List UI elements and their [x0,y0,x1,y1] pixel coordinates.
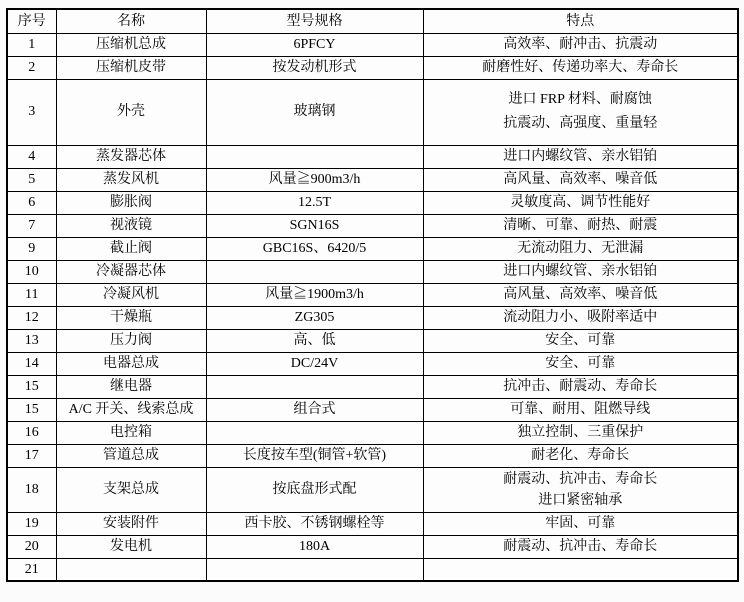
cell-model-spec [206,260,423,283]
cell-serial-number: 11 [7,283,56,306]
cell-part-name: 冷凝风机 [56,283,206,306]
cell-features: 耐震动、抗冲击、寿命长 [423,535,738,558]
cell-part-name [56,558,206,581]
cell-serial-number: 4 [7,145,56,168]
column-header-no: 序号 [7,9,56,33]
table-row: 3 外壳 玻璃钢 进口 FRP 材料、耐腐蚀 抗震动、高强度、重量轻 [7,79,738,145]
table-row: 1 压缩机总成 6PFCY 高效率、耐冲击、抗震动 [7,33,738,56]
cell-part-name: 安装附件 [56,512,206,535]
cell-model-spec: 风量≧1900m3/h [206,283,423,306]
cell-features: 独立控制、三重保护 [423,421,738,444]
column-header-model: 型号规格 [206,9,423,33]
cell-features [423,558,738,581]
cell-serial-number: 17 [7,444,56,467]
cell-serial-number: 2 [7,56,56,79]
cell-serial-number: 6 [7,191,56,214]
cell-part-name: 电控箱 [56,421,206,444]
cell-features: 耐震动、抗冲击、寿命长 进口紧密轴承 [423,467,738,512]
cell-model-spec: 组合式 [206,398,423,421]
cell-features: 可靠、耐用、阻燃导线 [423,398,738,421]
cell-part-name: 继电器 [56,375,206,398]
cell-model-spec: 按发动机形式 [206,56,423,79]
cell-features: 进口内螺纹管、亲水铝铂 [423,260,738,283]
table-row: 4 蒸发器芯体 进口内螺纹管、亲水铝铂 [7,145,738,168]
table-row: 2 压缩机皮带 按发动机形式 耐磨性好、传递功率大、寿命长 [7,56,738,79]
cell-part-name: 电器总成 [56,352,206,375]
cell-model-spec [206,421,423,444]
cell-features: 高风量、高效率、噪音低 [423,168,738,191]
cell-features: 高效率、耐冲击、抗震动 [423,33,738,56]
cell-part-name: 冷凝器芯体 [56,260,206,283]
table-row: 12 干燥瓶 ZG305 流动阻力小、吸附率适中 [7,306,738,329]
cell-serial-number: 3 [7,79,56,145]
cell-serial-number: 16 [7,421,56,444]
cell-part-name: 压缩机皮带 [56,56,206,79]
cell-part-name: 压缩机总成 [56,33,206,56]
cell-features: 流动阻力小、吸附率适中 [423,306,738,329]
table-row: 14 电器总成 DC/24V 安全、可靠 [7,352,738,375]
cell-serial-number: 5 [7,168,56,191]
cell-features: 进口 FRP 材料、耐腐蚀 抗震动、高强度、重量轻 [423,79,738,145]
cell-model-spec: 风量≧900m3/h [206,168,423,191]
cell-serial-number: 7 [7,214,56,237]
parts-table: 序号 名称 型号规格 特点 1 压缩机总成 6PFCY 高效率、耐冲击、抗震动 … [6,8,739,582]
table-row: 5 蒸发风机 风量≧900m3/h 高风量、高效率、噪音低 [7,168,738,191]
header-row: 序号 名称 型号规格 特点 [7,9,738,33]
cell-features: 无流动阻力、无泄漏 [423,237,738,260]
table-row: 11 冷凝风机 风量≧1900m3/h 高风量、高效率、噪音低 [7,283,738,306]
cell-part-name: 蒸发风机 [56,168,206,191]
cell-model-spec: SGN16S [206,214,423,237]
table-row: 9 截止阀 GBC16S、6420/5 无流动阻力、无泄漏 [7,237,738,260]
table-row: 17 管道总成 长度按车型(铜管+软管) 耐老化、寿命长 [7,444,738,467]
table-row: 6 膨胀阀 12.5T 灵敏度高、调节性能好 [7,191,738,214]
cell-model-spec: 180A [206,535,423,558]
cell-part-name: 干燥瓶 [56,306,206,329]
cell-model-spec: 6PFCY [206,33,423,56]
cell-features: 高风量、高效率、噪音低 [423,283,738,306]
cell-part-name: 视液镜 [56,214,206,237]
cell-part-name: 管道总成 [56,444,206,467]
table-row: 18 支架总成 按底盘形式配 耐震动、抗冲击、寿命长 进口紧密轴承 [7,467,738,512]
column-header-name: 名称 [56,9,206,33]
cell-model-spec [206,558,423,581]
cell-part-name: A/C 开关、线索总成 [56,398,206,421]
table-row: 15 继电器 抗冲击、耐震动、寿命长 [7,375,738,398]
table-row: 20 发电机 180A 耐震动、抗冲击、寿命长 [7,535,738,558]
cell-model-spec: GBC16S、6420/5 [206,237,423,260]
cell-serial-number: 20 [7,535,56,558]
cell-serial-number: 18 [7,467,56,512]
cell-model-spec: 高、低 [206,329,423,352]
cell-model-spec [206,375,423,398]
cell-features: 抗冲击、耐震动、寿命长 [423,375,738,398]
cell-serial-number: 9 [7,237,56,260]
cell-model-spec: 长度按车型(铜管+软管) [206,444,423,467]
cell-part-name: 膨胀阀 [56,191,206,214]
cell-part-name: 蒸发器芯体 [56,145,206,168]
cell-features: 安全、可靠 [423,329,738,352]
cell-part-name: 压力阀 [56,329,206,352]
cell-model-spec: DC/24V [206,352,423,375]
cell-serial-number: 15 [7,375,56,398]
cell-features: 耐磨性好、传递功率大、寿命长 [423,56,738,79]
cell-features: 牢固、可靠 [423,512,738,535]
cell-part-name: 发电机 [56,535,206,558]
cell-features: 进口内螺纹管、亲水铝铂 [423,145,738,168]
cell-model-spec: 西卡胶、不锈钢螺栓等 [206,512,423,535]
cell-serial-number: 13 [7,329,56,352]
cell-serial-number: 19 [7,512,56,535]
table-row: 7 视液镜 SGN16S 清晰、可靠、耐热、耐震 [7,214,738,237]
cell-serial-number: 1 [7,33,56,56]
cell-features: 耐老化、寿命长 [423,444,738,467]
cell-serial-number: 14 [7,352,56,375]
page: 序号 名称 型号规格 特点 1 压缩机总成 6PFCY 高效率、耐冲击、抗震动 … [0,0,744,602]
table-row: 10 冷凝器芯体 进口内螺纹管、亲水铝铂 [7,260,738,283]
table-row: 13 压力阀 高、低 安全、可靠 [7,329,738,352]
table-row: 15 A/C 开关、线索总成 组合式 可靠、耐用、阻燃导线 [7,398,738,421]
table-row: 19 安装附件 西卡胶、不锈钢螺栓等 牢固、可靠 [7,512,738,535]
cell-model-spec: ZG305 [206,306,423,329]
column-header-features: 特点 [423,9,738,33]
cell-part-name: 外壳 [56,79,206,145]
cell-serial-number: 10 [7,260,56,283]
cell-part-name: 支架总成 [56,467,206,512]
cell-features: 灵敏度高、调节性能好 [423,191,738,214]
cell-model-spec: 12.5T [206,191,423,214]
cell-features: 安全、可靠 [423,352,738,375]
cell-model-spec: 按底盘形式配 [206,467,423,512]
cell-serial-number: 21 [7,558,56,581]
cell-part-name: 截止阀 [56,237,206,260]
cell-features: 清晰、可靠、耐热、耐震 [423,214,738,237]
table-row: 16 电控箱 独立控制、三重保护 [7,421,738,444]
cell-serial-number: 12 [7,306,56,329]
cell-model-spec: 玻璃钢 [206,79,423,145]
table-row: 21 [7,558,738,581]
cell-model-spec [206,145,423,168]
cell-serial-number: 15 [7,398,56,421]
